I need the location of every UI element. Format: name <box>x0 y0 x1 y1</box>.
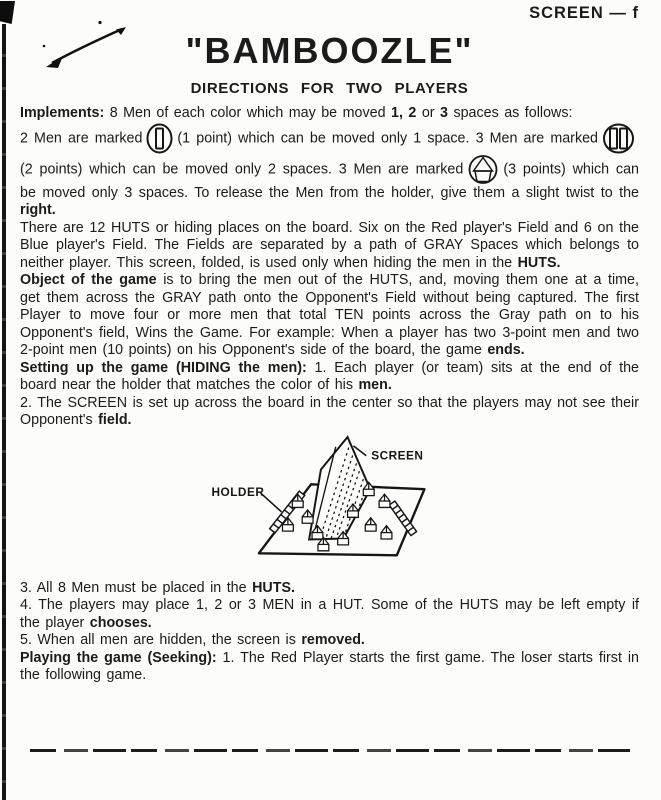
setup-illustration: HOLDER SCREEN <box>195 435 575 573</box>
instruction-paragraph: 4. The players may place 1, 2 or 3 MEN i… <box>20 597 639 632</box>
body-before: Implements: 8 Men of each color which ma… <box>20 105 639 430</box>
instruction-paragraph: Setting up the game (HIDING the men): 1.… <box>20 360 639 395</box>
instruction-paragraph: 5. When all men are hidden, the screen i… <box>20 632 639 650</box>
scan-corner-mark <box>0 1 15 24</box>
instruction-paragraph: Object of the game is to bring the men o… <box>20 272 639 360</box>
body-after: 3. All 8 Men must be placed in the HUTS.… <box>20 580 639 685</box>
holder-label: HOLDER <box>212 485 265 499</box>
two-point-man-icon <box>602 123 635 154</box>
page-content: SCREEN — f "BAMBOOZLE" DIRECTIONS FOR TW… <box>20 0 639 685</box>
one-point-man-icon <box>146 123 173 154</box>
three-point-man-icon <box>467 154 499 185</box>
instruction-paragraph: Implements: 8 Men of each color which ma… <box>20 105 639 123</box>
screen-label: SCREEN <box>371 448 423 462</box>
page-subtitle: DIRECTIONS FOR TWO PLAYERS <box>20 80 639 98</box>
instruction-paragraph: 2. The SCREEN is set up across the board… <box>20 395 639 430</box>
instruction-paragraph: There are 12 HUTS or hiding places on th… <box>20 220 639 273</box>
corner-label: SCREEN — f <box>20 4 639 23</box>
instruction-paragraph: 3. All 8 Men must be placed in the HUTS. <box>20 580 639 598</box>
bottom-rule <box>30 749 630 752</box>
page-left-border <box>2 24 6 800</box>
scanned-instruction-page: { "page": { "corner_label": "SCREEN — f"… <box>0 0 661 800</box>
instruction-paragraph: Playing the game (Seeking): 1. The Red P… <box>20 650 639 685</box>
instruction-paragraph: 2 Men are marked (1 point) which can be … <box>20 123 639 220</box>
page-title: "BAMBOOZLE" <box>20 31 639 71</box>
